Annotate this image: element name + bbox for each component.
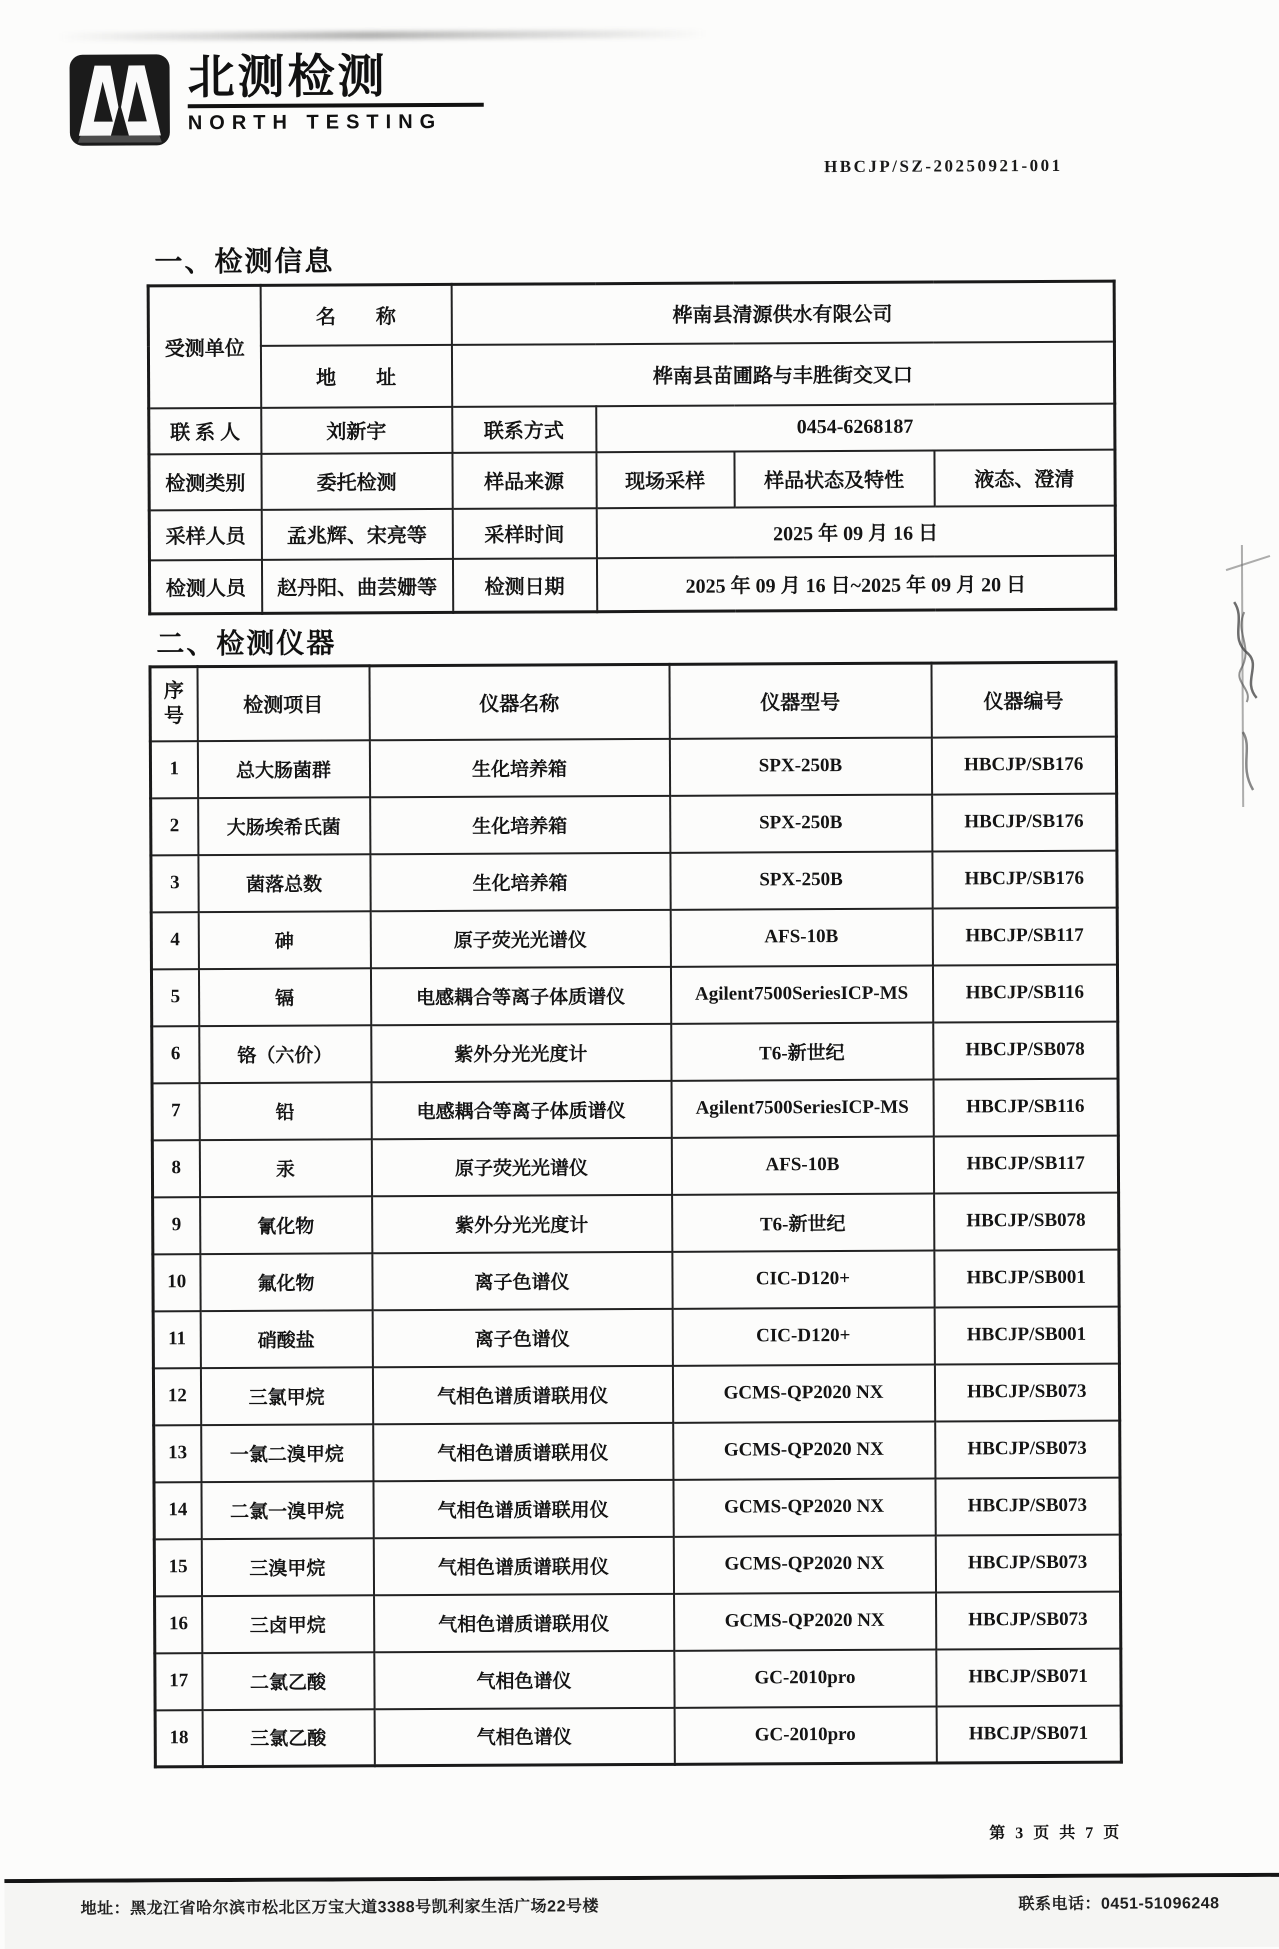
instrument-number: HBCJP/SB116: [932, 964, 1117, 1022]
instrument-model: CIC-D120+: [672, 1250, 934, 1308]
instrument-row: 13 一氯二溴甲烷 气相色谱质谱联用仪 GCMS-QP2020 NX HBCJP…: [154, 1420, 1120, 1482]
instrument-row: 14 二氯一溴甲烷 气相色谱质谱联用仪 GCMS-QP2020 NX HBCJP…: [154, 1477, 1120, 1539]
row-index: 13: [154, 1425, 201, 1482]
instrument-row: 10 氟化物 离子色谱仪 CIC-D120+ HBCJP/SB001: [153, 1249, 1119, 1311]
instrument-row: 11 硝酸盐 离子色谱仪 CIC-D120+ HBCJP/SB001: [153, 1306, 1119, 1368]
table-row: 检测人员 赵丹阳、曲芸姗等 检测日期 2025 年 09 月 16 日~2025…: [149, 555, 1115, 614]
test-item: 三卤甲烷: [202, 1595, 374, 1653]
instrument-name: 气相色谱质谱联用仪: [373, 1536, 673, 1594]
instrument-model: SPX-250B: [669, 737, 931, 795]
sampling-time-label: 采样时间: [452, 508, 596, 559]
instrument-model: Agilent7500SeriesICP-MS: [671, 1079, 933, 1137]
row-index: 6: [152, 1026, 199, 1083]
test-item: 二氯一溴甲烷: [201, 1481, 373, 1539]
test-item: 镉: [198, 968, 370, 1026]
instrument-number: HBCJP/SB078: [933, 1021, 1118, 1079]
name-label: 名 称: [260, 284, 451, 345]
instrument-name: 气相色谱仪: [374, 1650, 674, 1708]
address-value: 桦南县苗圃路与丰胜街交叉口: [451, 341, 1114, 406]
instrument-row: 3 菌落总数 生化培养箱 SPX-250B HBCJP/SB176: [151, 850, 1117, 912]
instrument-model: GCMS-QP2020 NX: [673, 1478, 935, 1536]
instrument-model: SPX-250B: [670, 794, 932, 852]
instrument-table-body: 1 总大肠菌群 生化培养箱 SPX-250B HBCJP/SB176 2 大肠埃…: [150, 736, 1121, 1767]
instrument-row: 8 汞 原子荧光光谱仪 AFS-10B HBCJP/SB117: [152, 1135, 1118, 1197]
test-item: 铅: [199, 1082, 371, 1140]
table-row: 联 系 人 刘新宇 联系方式 0454-6268187: [149, 403, 1115, 454]
sample-source-label: 样品来源: [452, 452, 596, 509]
instrument-name: 原子荧光光谱仪: [371, 1137, 671, 1195]
report-number: HBCJP/SZ-20250921-001: [824, 156, 1063, 177]
instrument-number: HBCJP/SB071: [936, 1648, 1121, 1706]
instrument-row: 7 铅 电感耦合等离子体质谱仪 Agilent7500SeriesICP-MS …: [152, 1078, 1118, 1140]
col-header-instrument-name: 仪器名称: [369, 664, 669, 739]
instrument-row: 16 三卤甲烷 气相色谱质谱联用仪 GCMS-QP2020 NX HBCJP/S…: [155, 1591, 1121, 1653]
instrument-name: 离子色谱仪: [372, 1308, 672, 1366]
instrument-name: 气相色谱质谱联用仪: [372, 1365, 672, 1423]
instrument-row: 6 铬（六价） 紫外分光光度计 T6-新世纪 HBCJP/SB078: [152, 1021, 1118, 1083]
contact-method-value: 0454-6268187: [596, 403, 1115, 452]
instrument-number: HBCJP/SB117: [933, 1135, 1118, 1193]
instrument-model: SPX-250B: [670, 851, 932, 909]
instrument-number: HBCJP/SB078: [934, 1192, 1119, 1250]
instrument-number: HBCJP/SB176: [932, 793, 1117, 851]
instrument-row: 12 三氯甲烷 气相色谱质谱联用仪 GCMS-QP2020 NX HBCJP/S…: [153, 1363, 1119, 1425]
col-header-instrument-model: 仪器型号: [669, 663, 931, 738]
instrument-number: HBCJP/SB071: [936, 1705, 1121, 1763]
instrument-model: GCMS-QP2020 NX: [672, 1364, 934, 1422]
instrument-number: HBCJP/SB073: [935, 1477, 1120, 1535]
test-item: 氰化物: [200, 1196, 372, 1254]
row-index: 10: [153, 1254, 200, 1311]
footer-address: 地址：黑龙江省哈尔滨市松北区万宝大道3388号凯利家生活广场22号楼: [80, 1893, 599, 1919]
contact-value: 刘新宇: [261, 406, 452, 453]
instrument-model: GC-2010pro: [674, 1649, 936, 1707]
instrument-row: 9 氰化物 紫外分光光度计 T6-新世纪 HBCJP/SB078: [153, 1192, 1119, 1254]
instrument-number: HBCJP/SB116: [933, 1078, 1118, 1136]
instrument-row: 17 二氯乙酸 气相色谱仪 GC-2010pro HBCJP/SB071: [155, 1648, 1121, 1710]
handwritten-margin-marks: [1208, 542, 1278, 802]
test-item: 一氯二溴甲烷: [201, 1424, 373, 1482]
instrument-model: GCMS-QP2020 NX: [674, 1592, 936, 1650]
instrument-name: 电感耦合等离子体质谱仪: [370, 966, 670, 1024]
instrument-name: 气相色谱质谱联用仪: [373, 1422, 673, 1480]
instrument-row: 2 大肠埃希氏菌 生化培养箱 SPX-250B HBCJP/SB176: [151, 793, 1117, 855]
instrument-number: HBCJP/SB001: [934, 1306, 1119, 1364]
test-item: 铬（六价）: [199, 1025, 371, 1083]
instrument-number: HBCJP/SB073: [935, 1420, 1120, 1478]
row-index: 18: [155, 1710, 202, 1767]
instrument-model: GCMS-QP2020 NX: [673, 1535, 935, 1593]
table-row: 检测类别 委托检测 样品来源 现场采样 样品状态及特性 液态、澄清: [149, 449, 1115, 510]
instrument-model: GCMS-QP2020 NX: [673, 1421, 935, 1479]
instrument-name: 电感耦合等离子体质谱仪: [371, 1080, 671, 1138]
test-item: 三氯乙酸: [202, 1709, 374, 1767]
section1-title: 一、检测信息: [154, 239, 334, 280]
row-index: 8: [152, 1140, 199, 1197]
instrument-name: 离子色谱仪: [372, 1251, 672, 1309]
sample-state-label: 样品状态及特性: [734, 450, 934, 507]
section2-title: 二、检测仪器: [156, 621, 336, 662]
sampler-label: 采样人员: [149, 509, 261, 560]
test-item: 大肠埃希氏菌: [198, 797, 370, 855]
test-item: 二氯乙酸: [202, 1652, 374, 1710]
logo-underline: [188, 103, 484, 108]
instrument-model: T6-新世纪: [672, 1193, 934, 1251]
row-index: 4: [151, 912, 198, 969]
row-index: 17: [155, 1653, 202, 1710]
test-item: 砷: [198, 911, 370, 969]
table-row: 受测单位 名 称 桦南县清源供水有限公司: [148, 281, 1114, 346]
test-item: 汞: [199, 1139, 371, 1197]
instrument-name: 紫外分光光度计: [371, 1023, 671, 1081]
scanned-content: 北测检测 NORTH TESTING HBCJP/SZ-20250921-001…: [0, 0, 1279, 1949]
row-index: 9: [153, 1197, 200, 1254]
row-index: 14: [154, 1482, 201, 1539]
instrument-number: HBCJP/SB117: [932, 907, 1117, 965]
instrument-model: GC-2010pro: [674, 1706, 936, 1764]
table-row: 采样人员 孟兆辉、宋亮等 采样时间 2025 年 09 月 16 日: [149, 505, 1115, 560]
sampler-value: 孟兆辉、宋亮等: [261, 508, 452, 559]
test-item: 菌落总数: [198, 854, 370, 912]
instrument-number: HBCJP/SB176: [932, 850, 1117, 908]
row-index: 15: [154, 1539, 201, 1596]
company-logo: 北测检测 NORTH TESTING: [67, 51, 483, 149]
test-date-value: 2025 年 09 月 16 日~2025 年 09 月 20 日: [596, 555, 1115, 612]
row-index: 7: [152, 1083, 199, 1140]
logo-chinese-name: 北测检测: [187, 51, 483, 102]
instrument-model: CIC-D120+: [672, 1307, 934, 1365]
instrument-number: HBCJP/SB073: [935, 1534, 1120, 1592]
test-item: 三氯甲烷: [200, 1367, 372, 1425]
test-info-table: 受测单位 名 称 桦南县清源供水有限公司 地 址 桦南县苗圃路与丰胜街交叉口 联…: [147, 280, 1118, 616]
instrument-name: 生化培养箱: [369, 738, 669, 796]
instrument-model: Agilent7500SeriesICP-MS: [670, 965, 932, 1023]
row-index: 2: [151, 798, 198, 855]
tester-value: 赵丹阳、曲芸姗等: [261, 558, 452, 613]
tested-org-label: 受测单位: [148, 285, 261, 408]
report-page: 北测检测 NORTH TESTING HBCJP/SZ-20250921-001…: [0, 0, 1279, 1949]
test-item: 三溴甲烷: [201, 1538, 373, 1596]
instrument-table-header: 序号 检测项目 仪器名称 仪器型号 仪器编号: [150, 662, 1116, 741]
address-label: 地 址: [260, 344, 451, 407]
row-index: 3: [151, 855, 198, 912]
sample-source-value: 现场采样: [596, 451, 734, 508]
name-value: 桦南县清源供水有限公司: [451, 281, 1114, 344]
tester-label: 检测人员: [149, 559, 261, 614]
instrument-model: AFS-10B: [671, 1136, 933, 1194]
instrument-number: HBCJP/SB001: [934, 1249, 1119, 1307]
row-index: 5: [151, 969, 198, 1026]
col-header-instrument-no: 仪器编号: [931, 662, 1116, 737]
logo-english-name: NORTH TESTING: [188, 111, 484, 135]
instrument-name: 紫外分光光度计: [372, 1194, 672, 1252]
instrument-row: 1 总大肠菌群 生化培养箱 SPX-250B HBCJP/SB176: [150, 736, 1116, 798]
test-type-label: 检测类别: [149, 453, 261, 510]
instrument-name: 气相色谱仪: [374, 1707, 674, 1765]
instrument-number: HBCJP/SB073: [934, 1363, 1119, 1421]
row-index: 11: [153, 1311, 200, 1368]
footer-phone: 联系电话：0451-51096248: [1018, 1890, 1219, 1914]
instrument-number: HBCJP/SB176: [931, 736, 1116, 794]
instrument-name: 生化培养箱: [370, 795, 670, 853]
test-item: 总大肠菌群: [197, 740, 369, 798]
instrument-row: 15 三溴甲烷 气相色谱质谱联用仪 GCMS-QP2020 NX HBCJP/S…: [154, 1534, 1120, 1596]
test-date-label: 检测日期: [452, 558, 596, 613]
instrument-name: 原子荧光光谱仪: [370, 909, 670, 967]
row-index: 12: [153, 1368, 200, 1425]
instrument-model: T6-新世纪: [671, 1022, 933, 1080]
row-index: 1: [150, 741, 197, 798]
col-header-test-item: 检测项目: [197, 666, 369, 741]
table-row: 地 址 桦南县苗圃路与丰胜街交叉口: [148, 341, 1114, 408]
scan-smudge-artifact: [57, 30, 707, 41]
north-testing-logo-icon: [67, 52, 171, 149]
test-item: 硝酸盐: [200, 1310, 372, 1368]
logo-text-block: 北测检测 NORTH TESTING: [187, 51, 483, 136]
contact-label: 联 系 人: [149, 407, 261, 454]
sample-state-value: 液态、澄清: [934, 449, 1115, 506]
instrument-row: 18 三氯乙酸 气相色谱仪 GC-2010pro HBCJP/SB071: [155, 1705, 1121, 1767]
instrument-number: HBCJP/SB073: [936, 1591, 1121, 1649]
instrument-name: 气相色谱质谱联用仪: [374, 1593, 674, 1651]
test-type-value: 委托检测: [261, 452, 452, 509]
contact-method-label: 联系方式: [452, 406, 596, 453]
sampling-time-value: 2025 年 09 月 16 日: [596, 505, 1115, 558]
instrument-row: 5 镉 电感耦合等离子体质谱仪 Agilent7500SeriesICP-MS …: [151, 964, 1117, 1026]
instrument-name: 生化培养箱: [370, 852, 670, 910]
col-header-index: 序号: [150, 667, 197, 741]
test-item: 氟化物: [200, 1253, 372, 1311]
instrument-row: 4 砷 原子荧光光谱仪 AFS-10B HBCJP/SB117: [151, 907, 1117, 969]
row-index: 16: [155, 1596, 202, 1653]
instrument-table: 序号 检测项目 仪器名称 仪器型号 仪器编号 1 总大肠菌群 生化培养箱 SPX…: [148, 661, 1122, 1769]
page-number: 第 3 页 共 7 页: [989, 1820, 1122, 1844]
instrument-model: AFS-10B: [670, 908, 932, 966]
instrument-name: 气相色谱质谱联用仪: [373, 1479, 673, 1537]
